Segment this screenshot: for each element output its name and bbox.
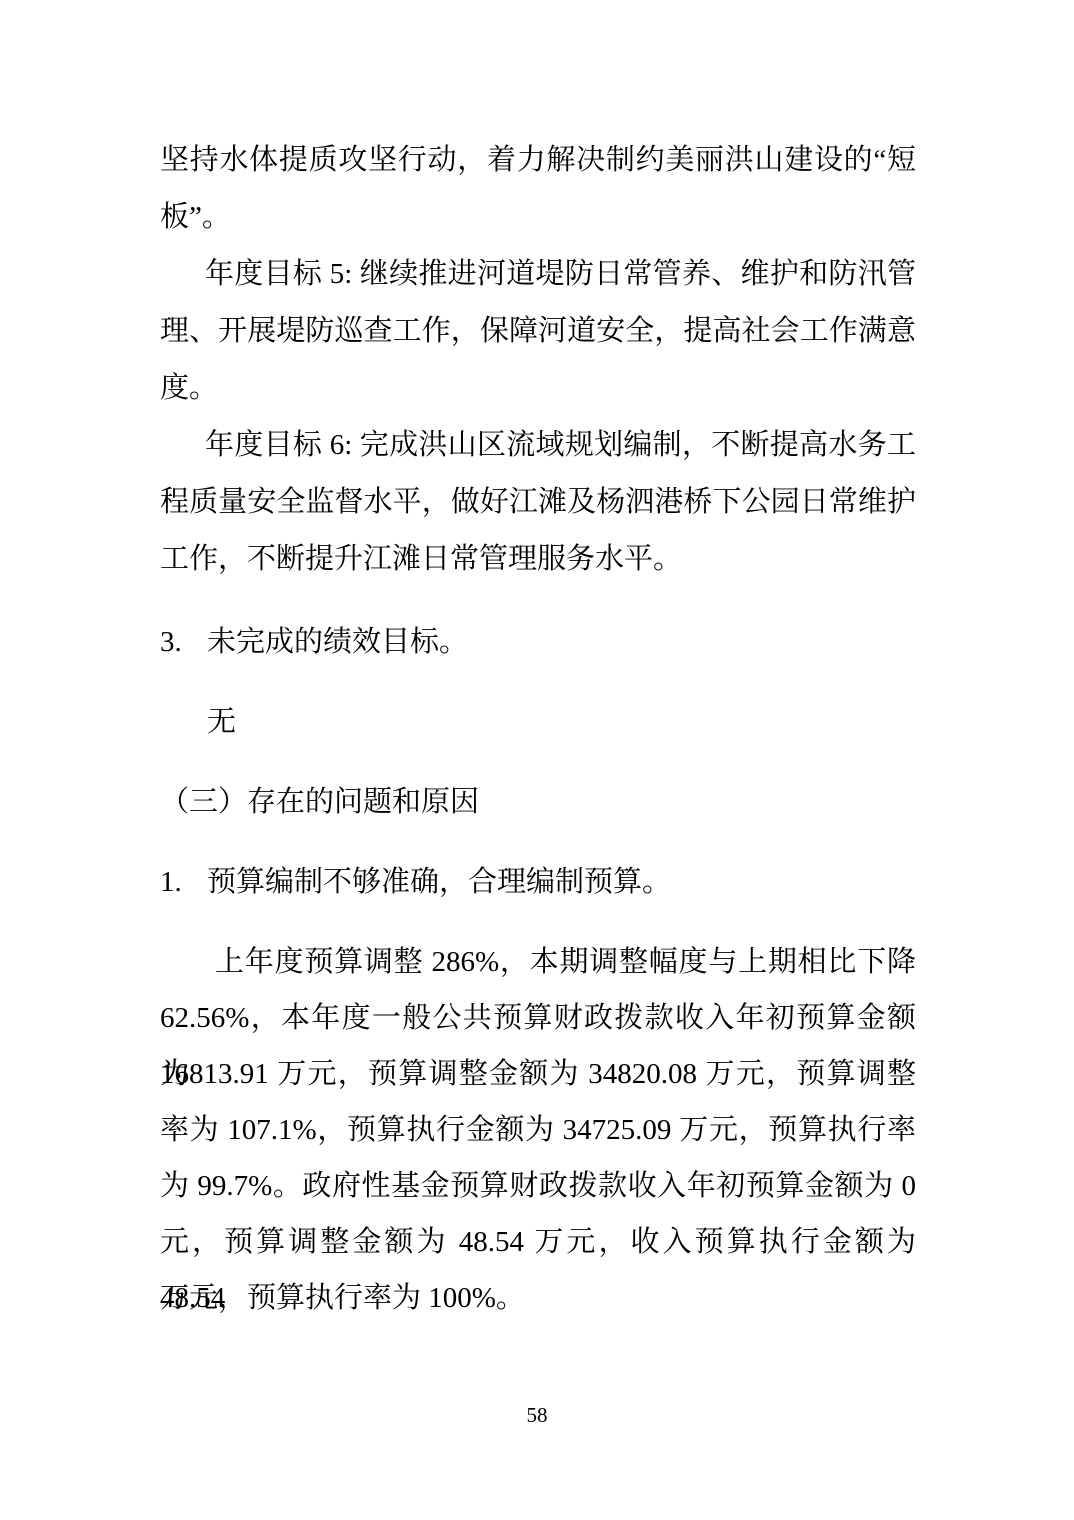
- paragraph-budget-line-1: 上年度预算调整 286%，本期调整幅度与上期相比下降: [160, 934, 916, 990]
- paragraph-budget-line-2: 62.56%，本年度一般公共预算财政拨款收入年初预算金额为: [160, 990, 916, 1046]
- paragraph-goal5-line-1: 年度目标 5: 继续推进河道堤防日常管养、维护和防汛管: [160, 246, 916, 303]
- document-page: 坚持水体提质攻坚行动，着力解决制约美丽洪山建设的“短 板”。 年度目标 5: 继…: [0, 0, 1074, 1520]
- heading-item3: 3.未完成的绩效目标。: [160, 614, 916, 671]
- heading-item1: 1.预算编制不够准确，合理编制预算。: [160, 854, 916, 911]
- document-body: 坚持水体提质攻坚行动，着力解决制约美丽洪山建设的“短 板”。 年度目标 5: 继…: [160, 132, 916, 1326]
- paragraph-goal5-line-2: 理、开展堤防巡查工作，保障河道安全，提高社会工作满意: [160, 303, 916, 360]
- paragraph-budget-line-7: 万元，预算执行率为 100%。: [160, 1270, 916, 1326]
- paragraph-budget-line-6: 元，预算调整金额为 48.54 万元，收入预算执行金额为 48.54: [160, 1214, 916, 1270]
- heading-item3-number: 3.: [160, 614, 207, 671]
- paragraph-budget-line-4: 率为 107.1%，预算执行金额为 34725.09 万元，预算执行率: [160, 1102, 916, 1158]
- heading-item1-text: 预算编制不够准确，合理编制预算。: [207, 866, 671, 898]
- paragraph-budget-line-5: 为 99.7%。政府性基金预算财政拨款收入年初预算金额为 0: [160, 1158, 916, 1214]
- paragraph-goal6-line-2: 程质量安全监督水平，做好江滩及杨泗港桥下公园日常维护: [160, 474, 916, 531]
- paragraph-goal5-line-3: 度。: [160, 360, 916, 417]
- paragraph-shortboard-line-2: 板”。: [160, 189, 916, 246]
- heading-item1-number: 1.: [160, 854, 207, 911]
- page-number: 58: [0, 1402, 1074, 1428]
- heading-item3-text: 未完成的绩效目标。: [207, 626, 468, 658]
- paragraph-none: 无: [160, 694, 916, 751]
- heading-section3: （三）存在的问题和原因: [160, 774, 916, 831]
- paragraph-shortboard-line-1: 坚持水体提质攻坚行动，着力解决制约美丽洪山建设的“短: [160, 132, 916, 189]
- paragraph-goal6-line-1: 年度目标 6: 完成洪山区流域规划编制，不断提高水务工: [160, 417, 916, 474]
- paragraph-goal6-line-3: 工作，不断提升江滩日常管理服务水平。: [160, 531, 916, 588]
- paragraph-budget-line-3: 16813.91 万元，预算调整金额为 34820.08 万元，预算调整: [160, 1046, 916, 1102]
